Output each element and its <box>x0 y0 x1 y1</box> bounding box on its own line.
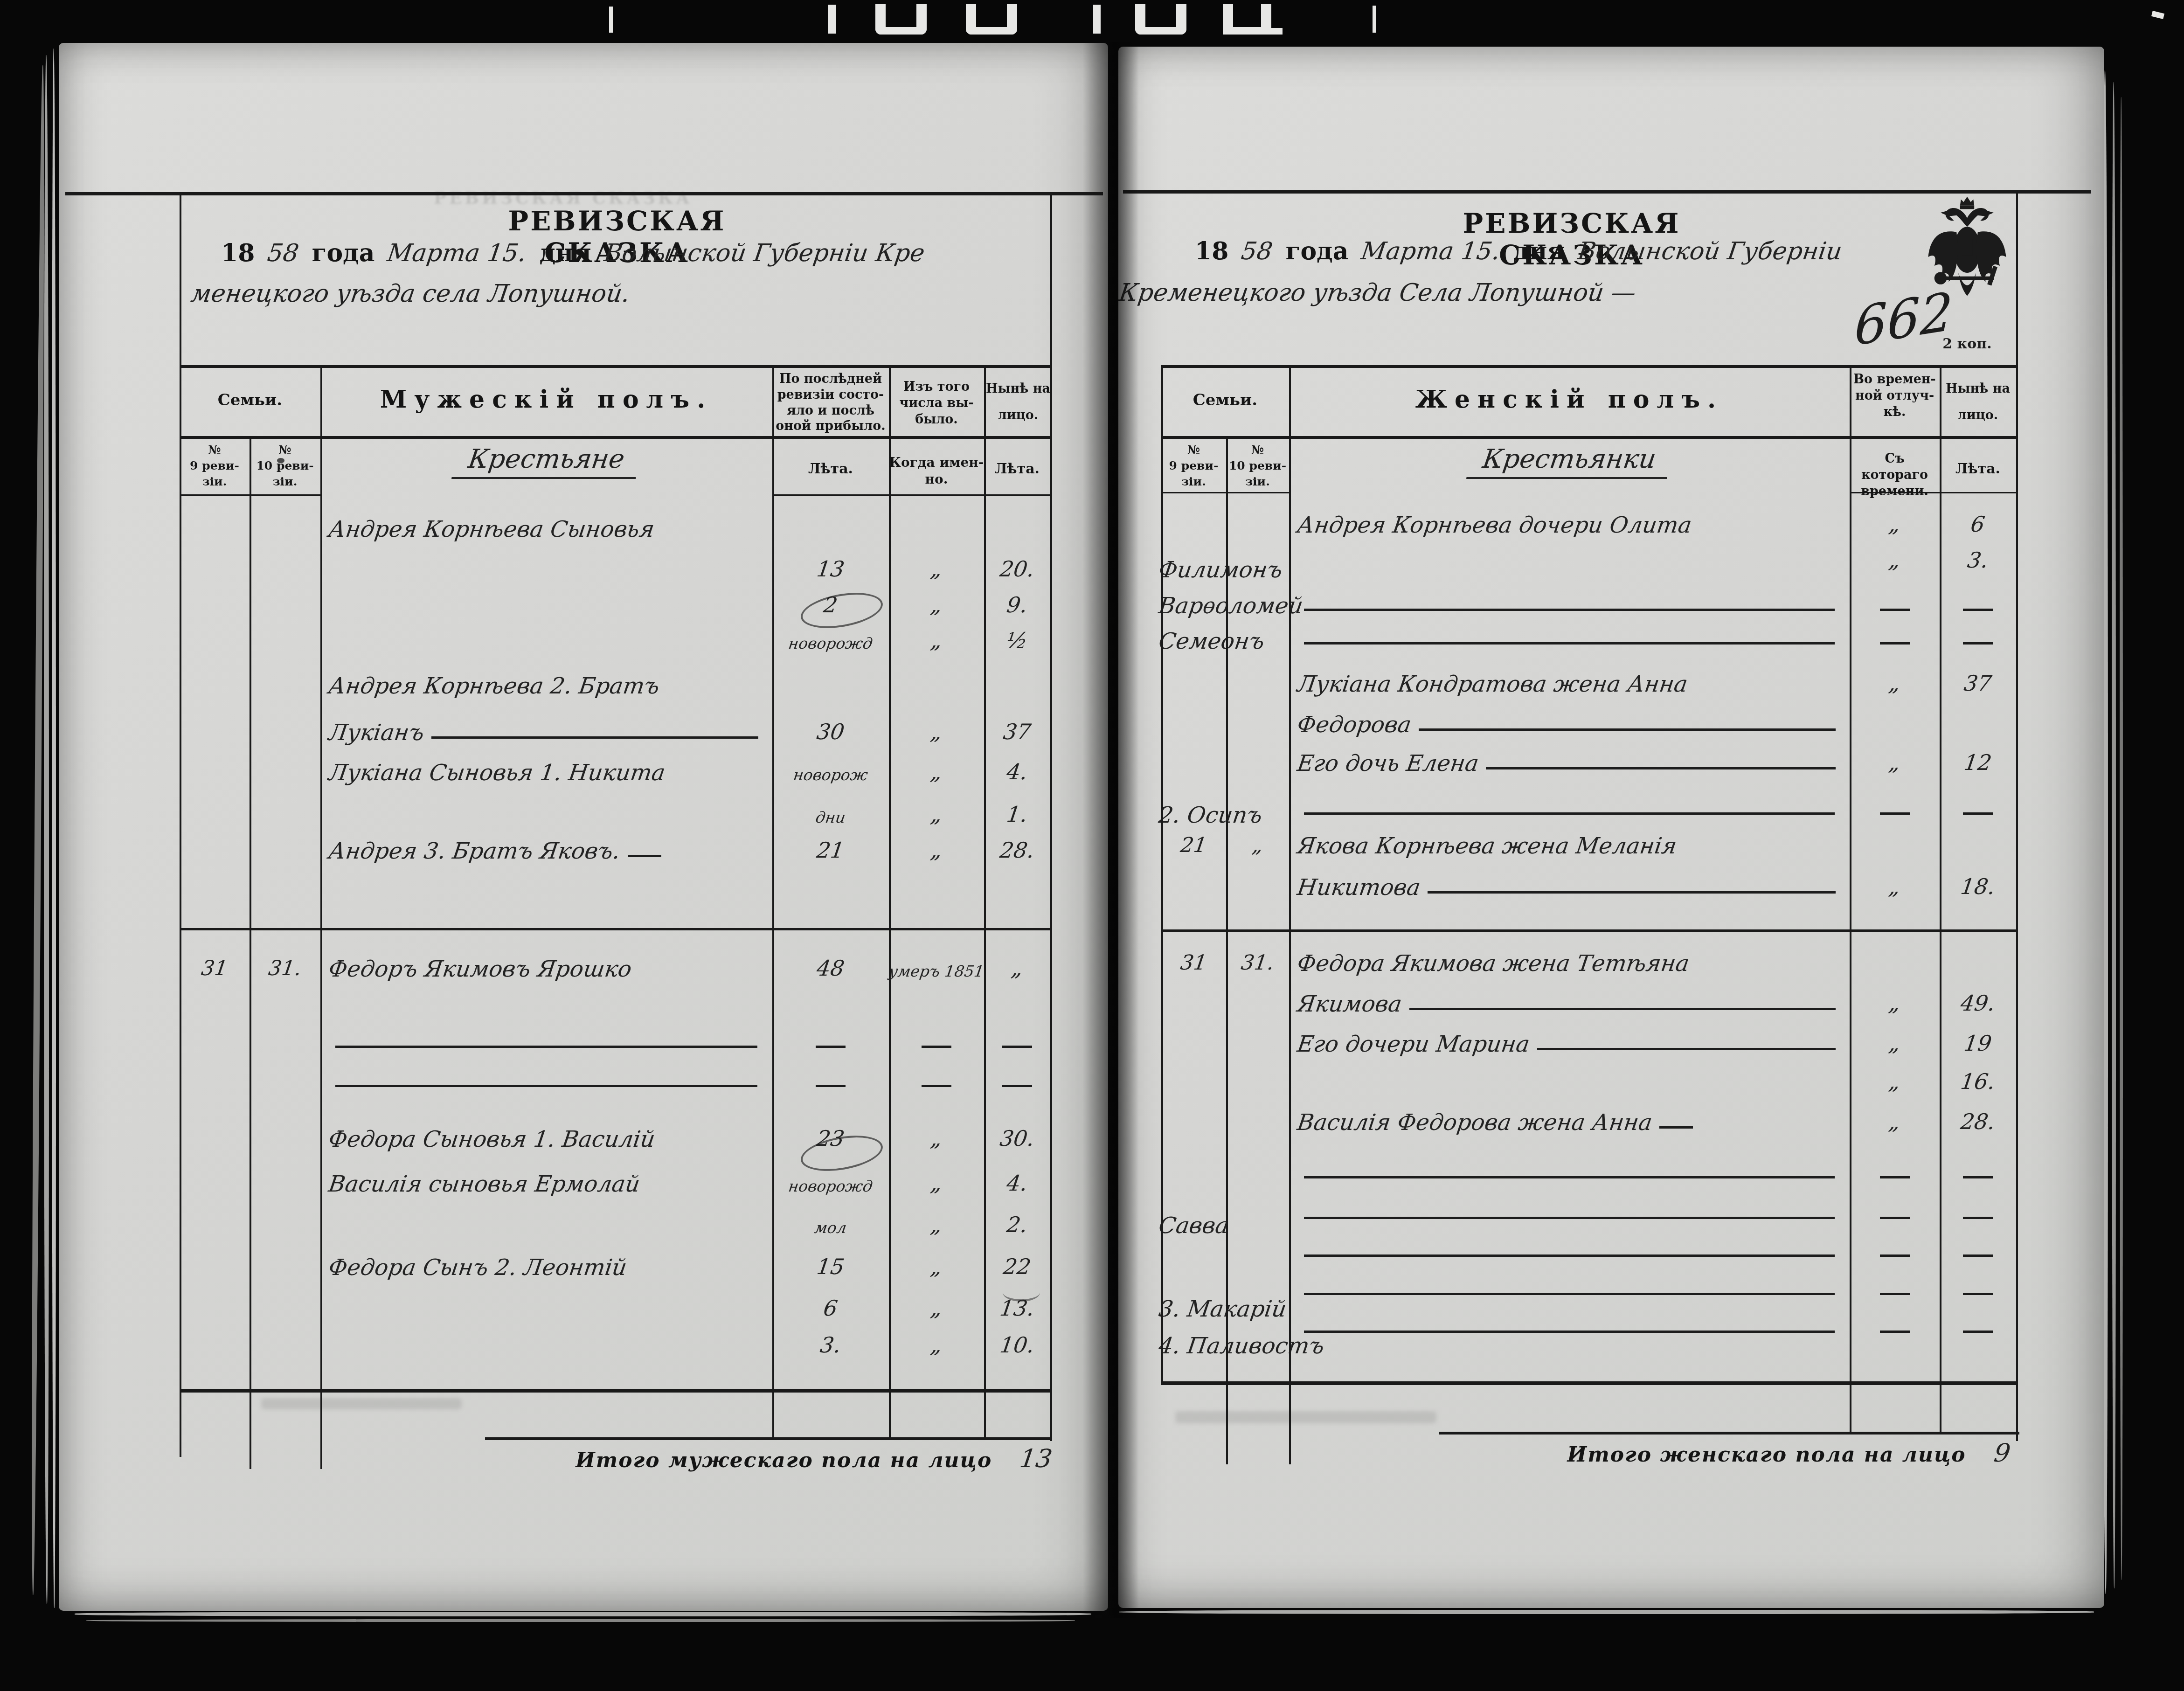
table-row: 3131.Федора Якимова жена Тетѣяна <box>0 940 2184 976</box>
handwritten-month-day: Марта 15. <box>386 239 528 267</box>
value-cell: „ <box>1225 835 1290 856</box>
name-cell: Федора Якимова жена Тетѣяна <box>1297 939 1841 975</box>
value-cell: 18. <box>1938 876 2018 897</box>
page-stack-edge <box>86 1619 1075 1622</box>
page-stack-edge <box>75 1612 1091 1616</box>
table-line <box>180 365 1052 368</box>
table-row-dash <box>0 786 2184 822</box>
handwritten-year: 58 <box>1240 237 1275 265</box>
film-tick <box>2151 11 2164 19</box>
subheader-years: Лѣта. <box>772 461 889 477</box>
person-name: Василія Федорова жена Анна <box>1296 1111 1653 1134</box>
value-cell: „ <box>1848 672 1941 694</box>
footer-label: Итого женскаго пола на лицо <box>1567 1443 1966 1467</box>
column-header-departed: Изъ того числа вы- было. <box>891 379 982 428</box>
value-cell: „ <box>1848 513 1941 535</box>
value-cell: 31. <box>1225 953 1290 973</box>
table-row: Его дочери Марина„19 <box>0 1020 2184 1057</box>
table-row-dash <box>0 582 2184 618</box>
film-digit <box>1135 4 1186 35</box>
film-digit <box>1093 5 1101 34</box>
table-line <box>1161 492 1291 493</box>
subheader-since: Съ котораго времени. <box>1850 450 1940 499</box>
value-cell: 21 <box>1160 835 1227 856</box>
value-cell: „ <box>1848 1071 1941 1092</box>
value-cell: 28. <box>1938 1111 2018 1132</box>
value-dash <box>1963 1293 1993 1295</box>
value-cell: „ <box>1848 549 1941 571</box>
value-cell: 6 <box>1938 513 2018 535</box>
name-cell <box>1297 1149 1841 1185</box>
subheader-years: Лѣта. <box>1940 461 2016 477</box>
film-digit <box>828 5 836 34</box>
name-cell: Никитова <box>1297 863 1841 899</box>
table-row-dash <box>0 1304 2184 1340</box>
name-cell: Февронія <box>1297 536 2184 573</box>
handwritten-uyezd-village: Кременецкого уѣзда Села Лопушной — <box>1117 279 1638 307</box>
value-dash <box>1880 1331 1910 1333</box>
value-dash <box>1880 1217 1910 1219</box>
value-dash <box>1880 642 1910 645</box>
value-dash <box>1880 1293 1910 1295</box>
table-row: Василія Федорова жена Анна„28. <box>0 1099 2184 1135</box>
person-name: Якимова <box>1296 992 1403 1016</box>
table-line <box>1161 365 2018 368</box>
show-through-smear <box>261 1398 462 1409</box>
name-cell: Ирина <box>1297 1058 2184 1094</box>
table-line <box>1161 436 2018 439</box>
column-header-absent: Во времен- ной отлуч- кѣ. <box>1850 371 1940 420</box>
scanned-revision-book: РЕВИЗСКАЯ СКАЗКА РЕВИЗСКАЯ СКАЗКА 18 58 … <box>0 0 2184 1691</box>
show-through-smear <box>1175 1411 1436 1423</box>
value-dash <box>1963 1331 1993 1333</box>
table-row: 21„Якова Корнѣева жена Меланія <box>0 822 2184 859</box>
name-cell: Его дочери Марина <box>1297 1019 1841 1056</box>
name-cell: Василія Федорова жена Анна <box>1297 1098 1841 1134</box>
name-cell <box>1297 785 1841 821</box>
value-dash <box>1880 1176 1910 1178</box>
value-dash <box>1963 1254 1993 1257</box>
footer-rule <box>1439 1432 2019 1435</box>
value-cell: „ <box>1848 1111 1941 1132</box>
table-line <box>1161 929 2018 932</box>
top-rule <box>1123 190 2091 194</box>
column-header-family: Семьи. <box>180 391 320 409</box>
table-row: Лукіана Кондратова жена Анна„37 <box>0 660 2184 697</box>
column-header-family: Семьи. <box>1161 391 1289 409</box>
subheader-rev10: № 10 реви- зіи. <box>250 442 320 489</box>
handwritten-province: Волынской Губерніи Кре <box>602 239 926 267</box>
category-handwritten-left: Крестьяне <box>318 444 774 474</box>
value-cell: 31 <box>1160 953 1227 973</box>
footer-rule <box>485 1437 1052 1440</box>
name-cell: Якимова <box>1297 979 1841 1016</box>
footer-total-left: Итого мужескаго пола на лицо 13 <box>513 1444 1052 1473</box>
person-name: Его дочь Елена <box>1296 752 1480 775</box>
column-header-last-revision: По послѣдней ревизіи состо- яло и послѣ … <box>774 371 887 434</box>
table-line <box>180 494 322 496</box>
table-row: Ирина„16. <box>0 1059 2184 1095</box>
table-line <box>180 436 1052 439</box>
name-cell <box>1297 1265 1841 1302</box>
subheader-years: Лѣта. <box>984 461 1050 477</box>
table-line <box>1161 1381 2018 1385</box>
subheader-when: Когда имен- но. <box>889 454 984 488</box>
table-row-dash <box>0 1150 2184 1186</box>
name-cell <box>1297 581 1841 617</box>
film-tick <box>609 7 613 33</box>
person-name: Федорова <box>1296 713 1413 736</box>
table-row-dash <box>0 1266 2184 1303</box>
film-tick <box>1373 6 1376 33</box>
handwritten-uyezd-village: менецкого уѣзда села Лопушной. <box>189 280 632 308</box>
date-line-right: 18 58 года Марта 15. дня Волынской Губер… <box>1188 237 1848 265</box>
table-row: Февронія„3. <box>0 537 2184 574</box>
person-name: Андрея Корнѣева дочери Олита <box>1296 513 1693 537</box>
person-name: Якова Корнѣева жена Меланія <box>1296 834 1678 858</box>
column-header-male: Мужескій полъ. <box>320 385 772 414</box>
table-row: Андрея Корнѣева дочери Олита„6 <box>0 501 2184 538</box>
name-cell: Федорова <box>1297 700 1841 736</box>
value-dash <box>1963 1176 1993 1178</box>
value-dash <box>1963 642 1993 645</box>
table-row: Никитова„18. <box>0 864 2184 900</box>
value-cell: „ <box>1848 752 1941 773</box>
top-rule <box>65 192 1103 195</box>
printed-dnya: дня <box>540 239 591 267</box>
value-dash <box>1963 609 1993 611</box>
table-row-dash <box>0 616 2184 652</box>
date-line-left: 18 58 года Марта 15. дня Волынской Губер… <box>215 239 931 267</box>
column-header-female: Женскій полъ. <box>1289 385 1850 414</box>
person-name: Его дочери Марина <box>1296 1033 1531 1056</box>
value-cell: 12 <box>1938 752 2018 773</box>
name-cell <box>1297 1189 1841 1226</box>
handwritten-year: 58 <box>266 239 301 267</box>
table-line <box>180 1389 1052 1393</box>
name-cell <box>1297 1227 1841 1263</box>
table-row: Федорова <box>0 701 2184 737</box>
value-cell: „ <box>1848 876 1941 897</box>
subheader-rev9: № 9 реви- зіи. <box>1161 442 1226 489</box>
printed-year-prefix: 18 <box>1195 237 1228 265</box>
footer-total-right: Итого женскаго пола на лицо 9 <box>1483 1438 2010 1468</box>
name-cell: Якова Корнѣева жена Меланія <box>1297 821 1841 858</box>
table-line <box>772 494 1052 496</box>
printed-goda: года <box>1286 237 1349 265</box>
value-dash <box>1963 1217 1993 1219</box>
handwritten-province: Волынской Губерніи <box>1576 237 1844 265</box>
film-digit <box>875 4 927 35</box>
subheader-rev9: № 9 реви- зіи. <box>180 442 250 489</box>
value-cell: 19 <box>1938 1033 2018 1054</box>
name-cell <box>1297 1303 1841 1339</box>
table-row-dash <box>0 1228 2184 1264</box>
table-row: Якимова„49. <box>0 980 2184 1017</box>
value-cell: 49. <box>1938 992 2018 1014</box>
column-header-present: Нынѣ на лицо. <box>986 376 1050 429</box>
person-name: Федора Якимова жена Тетѣяна <box>1296 952 1691 975</box>
value-cell: 37 <box>1938 672 2018 694</box>
footer-total-value: 13 <box>1018 1444 1054 1473</box>
film-digit <box>966 4 1017 35</box>
table-row-dash <box>0 1190 2184 1227</box>
value-cell: 16. <box>1938 1071 2018 1092</box>
column-header-present: Нынѣ на лицо. <box>1940 376 2016 429</box>
printed-dnya: дня <box>1513 237 1565 265</box>
film-digit <box>1223 28 1283 35</box>
value-dash <box>1963 812 1993 815</box>
handwritten-month-day: Марта 15. <box>1359 237 1502 265</box>
subheader-rev10: № 10 реви- зіи. <box>1226 442 1289 489</box>
page-stack-edge <box>1119 1610 2094 1614</box>
value-cell: „ <box>1848 992 1941 1014</box>
printed-goda: года <box>312 239 375 267</box>
table-row: Его дочь Елена„12 <box>0 740 2184 776</box>
name-cell: Его дочь Елена <box>1297 739 1841 775</box>
value-dash <box>1880 1254 1910 1257</box>
value-cell: 3. <box>1938 549 2018 571</box>
footer-total-value: 9 <box>1992 1438 2012 1468</box>
name-cell: Андрея Корнѣева дочери Олита <box>1297 500 1841 537</box>
value-cell: „ <box>1848 1033 1941 1054</box>
person-name: Никитова <box>1296 876 1421 899</box>
printed-year-prefix: 18 <box>221 239 255 267</box>
value-dash <box>1880 812 1910 815</box>
table-line <box>180 928 1052 930</box>
name-cell <box>1297 615 1841 651</box>
footer-label: Итого мужескаго пола на лицо <box>575 1448 992 1472</box>
category-handwritten-right: Крестьянки <box>1287 444 1851 474</box>
name-cell: Лукіана Кондратова жена Анна <box>1297 659 1841 696</box>
value-dash <box>1880 609 1910 611</box>
person-name: Лукіана Кондратова жена Анна <box>1296 672 1689 696</box>
